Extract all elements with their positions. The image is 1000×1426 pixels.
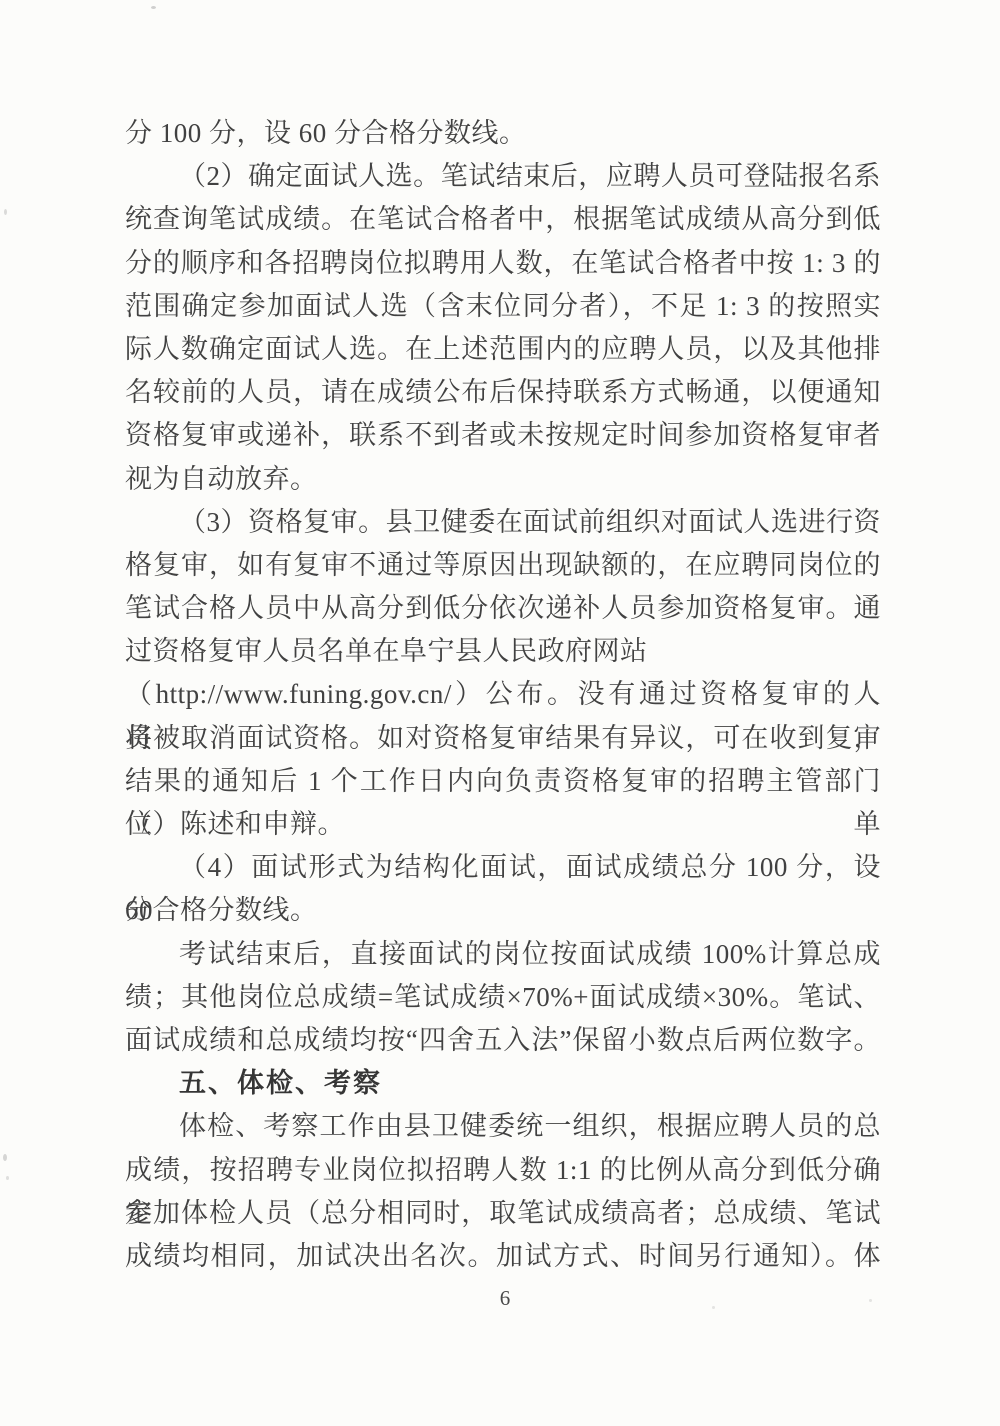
scan-speck bbox=[244, 212, 247, 215]
page-number: 6 bbox=[0, 1286, 1000, 1311]
scan-speck bbox=[6, 1176, 9, 1180]
text-line: 分 100 分，设 60 分合格分数线。 bbox=[125, 112, 881, 155]
text-line: 资格复审或递补，联系不到者或未按规定时间参加资格复审者 bbox=[125, 414, 881, 457]
text-line: 结果的通知后 1 个工作日内向负责资格复审的招聘主管部门（单 bbox=[125, 760, 881, 803]
text-line: 过资格复审人员名单在阜宁县人民政府网站 bbox=[125, 630, 881, 673]
text-line: 成绩均相同，加试决出名次。加试方式、时间另行通知）。体 bbox=[125, 1235, 881, 1278]
text-line: 范围确定参加面试人选（含末位同分者），不足 1: 3 的按照实 bbox=[125, 285, 881, 328]
text-line: 考试结束后，直接面试的岗位按面试成绩 100%计算总成 bbox=[125, 933, 881, 976]
text-line: 视为自动放弃。 bbox=[125, 458, 881, 501]
text-line: 体检、考察工作由县卫健委统一组织，根据应聘人员的总 bbox=[125, 1105, 881, 1148]
text-line url-line: （http://www.funing.gov.cn/）公布。没有通过资格复审的人… bbox=[125, 673, 881, 716]
text-line: 参加体检人员（总分相同时，取笔试成绩高者；总成绩、笔试 bbox=[125, 1192, 881, 1235]
scan-speck bbox=[869, 1299, 872, 1302]
text-line: 际人数确定面试人选。在上述范围内的应聘人员，以及其他排 bbox=[125, 328, 881, 371]
text-line: 统查询笔试成绩。在笔试合格者中，根据笔试成绩从高分到低 bbox=[125, 198, 881, 241]
text-line: 格复审，如有复审不通过等原因出现缺额的，在应聘同岗位的 bbox=[125, 544, 881, 587]
scan-speck bbox=[4, 209, 7, 215]
scan-speck bbox=[712, 1306, 715, 1309]
text-line: 面试成绩和总成绩均按“四舍五入法”保留小数点后两位数字。 bbox=[125, 1019, 881, 1062]
scan-speck bbox=[151, 6, 156, 9]
section-heading-physical-exam: 五、体检、考察 bbox=[125, 1062, 881, 1105]
document-page: 分 100 分，设 60 分合格分数线。 （2）确定面试人选。笔试结束后，应聘人… bbox=[0, 0, 1000, 1426]
text-line: 名较前的人员，请在成绩公布后保持联系方式畅通，以便通知 bbox=[125, 371, 881, 414]
scan-speck bbox=[163, 1161, 166, 1164]
text-line: 绩；其他岗位总成绩=笔试成绩×70%+面试成绩×30%。笔试、 bbox=[125, 976, 881, 1019]
text-column: 分 100 分，设 60 分合格分数线。 （2）确定面试人选。笔试结束后，应聘人… bbox=[125, 112, 881, 1278]
text-line: 笔试合格人员中从高分到低分依次递补人员参加资格复审。通 bbox=[125, 587, 881, 630]
text-line: 成绩，按招聘专业岗位拟招聘人数 1:1 的比例从高分到低分确定 bbox=[125, 1149, 881, 1192]
text-line: 分合格分数线。 bbox=[125, 889, 881, 932]
text-line: （3）资格复审。县卫健委在面试前组织对面试人选进行资 bbox=[125, 501, 881, 544]
text-line: 分的顺序和各招聘岗位拟聘用人数，在笔试合格者中按 1: 3 的 bbox=[125, 242, 881, 285]
scan-speck bbox=[3, 1154, 7, 1161]
text-line: （4）面试形式为结构化面试，面试成绩总分 100 分，设 60 bbox=[125, 846, 881, 889]
text-line: 将被取消面试资格。如对资格复审结果有异议，可在收到复审 bbox=[125, 717, 881, 760]
text-line: （2）确定面试人选。笔试结束后，应聘人员可登陆报名系 bbox=[125, 155, 881, 198]
